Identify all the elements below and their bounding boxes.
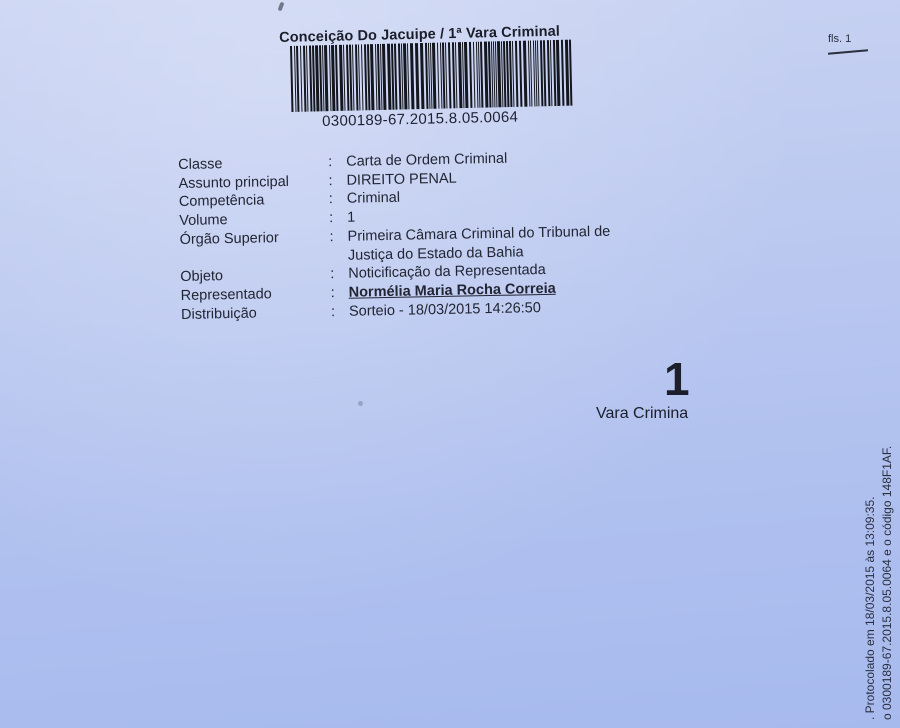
paper-speck [278, 2, 285, 12]
page-marker: fls. 1 [828, 33, 851, 45]
side-stamp-line-2: o 0300189-67.2015.8.05.0064 e o código 1… [879, 446, 896, 720]
vara-label: Vara Crimina [596, 405, 688, 423]
side-stamp: . Protocolado em 18/03/2015 às 13:09:35.… [862, 446, 896, 720]
side-stamp-line-1: . Protocolado em 18/03/2015 às 13:09:35. [862, 446, 879, 720]
barcode-icon [290, 40, 576, 112]
case-fields: Classe:Carta de Ordem Criminal Assunto p… [178, 148, 612, 325]
paper-mark [358, 401, 363, 406]
page-marker-underline [828, 49, 868, 54]
vara-number: 1 [664, 352, 690, 406]
case-number: 0300189-67.2015.8.05.0064 [322, 109, 518, 130]
